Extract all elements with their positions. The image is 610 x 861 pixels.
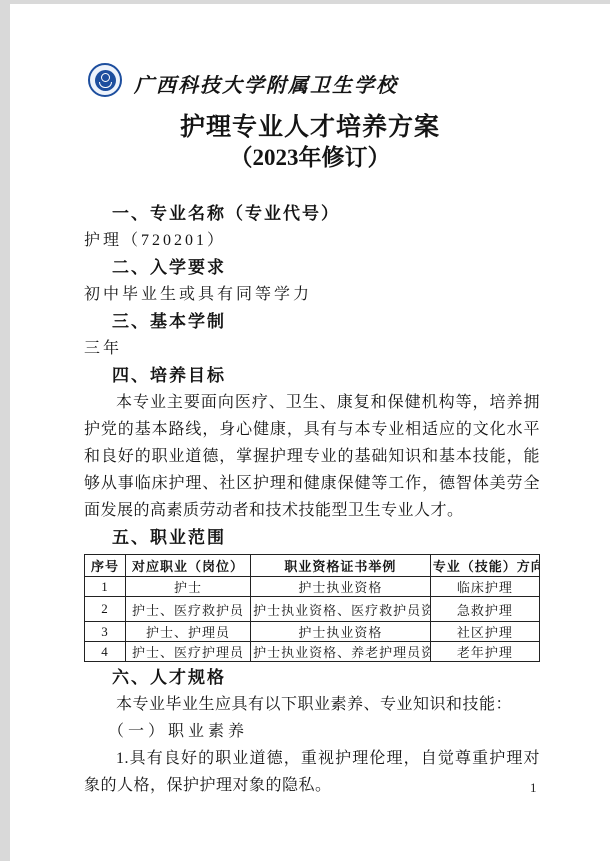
school-emblem-icon <box>88 63 122 97</box>
table-cell: 护士执业资格 <box>251 577 431 597</box>
section-6-item-1: 1.具有良好的职业道德，重视护理伦理，自觉尊重护理对象的人格，保护护理对象的隐私… <box>84 745 540 799</box>
table-row: 2 护士、医疗救护员 护士执业资格、医疗救护员资格 急救护理 <box>85 597 540 622</box>
table-cell: 护士执业资格、养老护理员资格 <box>251 642 431 662</box>
section-6-sub-heading: （一）职业素养 <box>84 718 540 745</box>
section-4-heading: 四、培养目标 <box>84 362 540 389</box>
section-2-heading: 二、入学要求 <box>84 254 540 281</box>
table-cell: 社区护理 <box>430 622 539 642</box>
section-1-heading: 一、专业名称（专业代号） <box>84 200 540 227</box>
section-2-body: 初中毕业生或具有同等学力 <box>84 281 540 308</box>
document-title: 护理专业人才培养方案 （2023年修订） <box>10 112 610 172</box>
table-header-row: 序号 对应职业（岗位） 职业资格证书举例 专业（技能）方向 <box>85 555 540 577</box>
column-header: 专业（技能）方向 <box>430 555 539 577</box>
section-3-body: 三年 <box>84 335 540 362</box>
document-page: 广西科技大学附属卫生学校 护理专业人才培养方案 （2023年修订） 一、专业名称… <box>10 4 610 861</box>
title-line-2: （2023年修订） <box>10 143 610 172</box>
table-cell: 4 <box>85 642 126 662</box>
table-cell: 急救护理 <box>430 597 539 622</box>
title-line-1: 护理专业人才培养方案 <box>10 112 610 143</box>
table-cell: 临床护理 <box>430 577 539 597</box>
section-4-paragraph: 本专业主要面向医疗、卫生、康复和保健机构等，培养拥护党的基本路线，身心健康，具有… <box>84 389 540 524</box>
section-3-heading: 三、基本学制 <box>84 308 540 335</box>
table-cell: 护士、医疗救护员 <box>125 597 250 622</box>
school-header: 广西科技大学附属卫生学校 <box>88 60 398 100</box>
section-1-body: 护理（720201） <box>84 227 540 254</box>
school-name: 广西科技大学附属卫生学校 <box>134 69 398 98</box>
table-cell: 1 <box>85 577 126 597</box>
section-6-intro: 本专业毕业生应具有以下职业素养、专业知识和技能： <box>84 691 540 718</box>
table-cell: 护士执业资格、医疗救护员资格 <box>251 597 431 622</box>
table-cell: 护士执业资格 <box>251 622 431 642</box>
document-body: 一、专业名称（专业代号） 护理（720201） 二、入学要求 初中毕业生或具有同… <box>84 200 540 799</box>
table-cell: 老年护理 <box>430 642 539 662</box>
table-row: 3 护士、护理员 护士执业资格 社区护理 <box>85 622 540 642</box>
column-header: 序号 <box>85 555 126 577</box>
table-cell: 护士 <box>125 577 250 597</box>
column-header: 对应职业（岗位） <box>125 555 250 577</box>
school-emblem-inner <box>95 70 116 91</box>
section-5-heading: 五、职业范围 <box>84 524 540 551</box>
table-cell: 护士、护理员 <box>125 622 250 642</box>
table-row: 4 护士、医疗护理员 护士执业资格、养老护理员资格 老年护理 <box>85 642 540 662</box>
page-number: 1 <box>530 780 537 796</box>
section-6-heading: 六、人才规格 <box>84 664 540 691</box>
table-cell: 护士、医疗护理员 <box>125 642 250 662</box>
column-header: 职业资格证书举例 <box>251 555 431 577</box>
occupation-scope-table: 序号 对应职业（岗位） 职业资格证书举例 专业（技能）方向 1 护士 护士执业资… <box>84 554 540 662</box>
table-cell: 3 <box>85 622 126 642</box>
table-cell: 2 <box>85 597 126 622</box>
table-row: 1 护士 护士执业资格 临床护理 <box>85 577 540 597</box>
